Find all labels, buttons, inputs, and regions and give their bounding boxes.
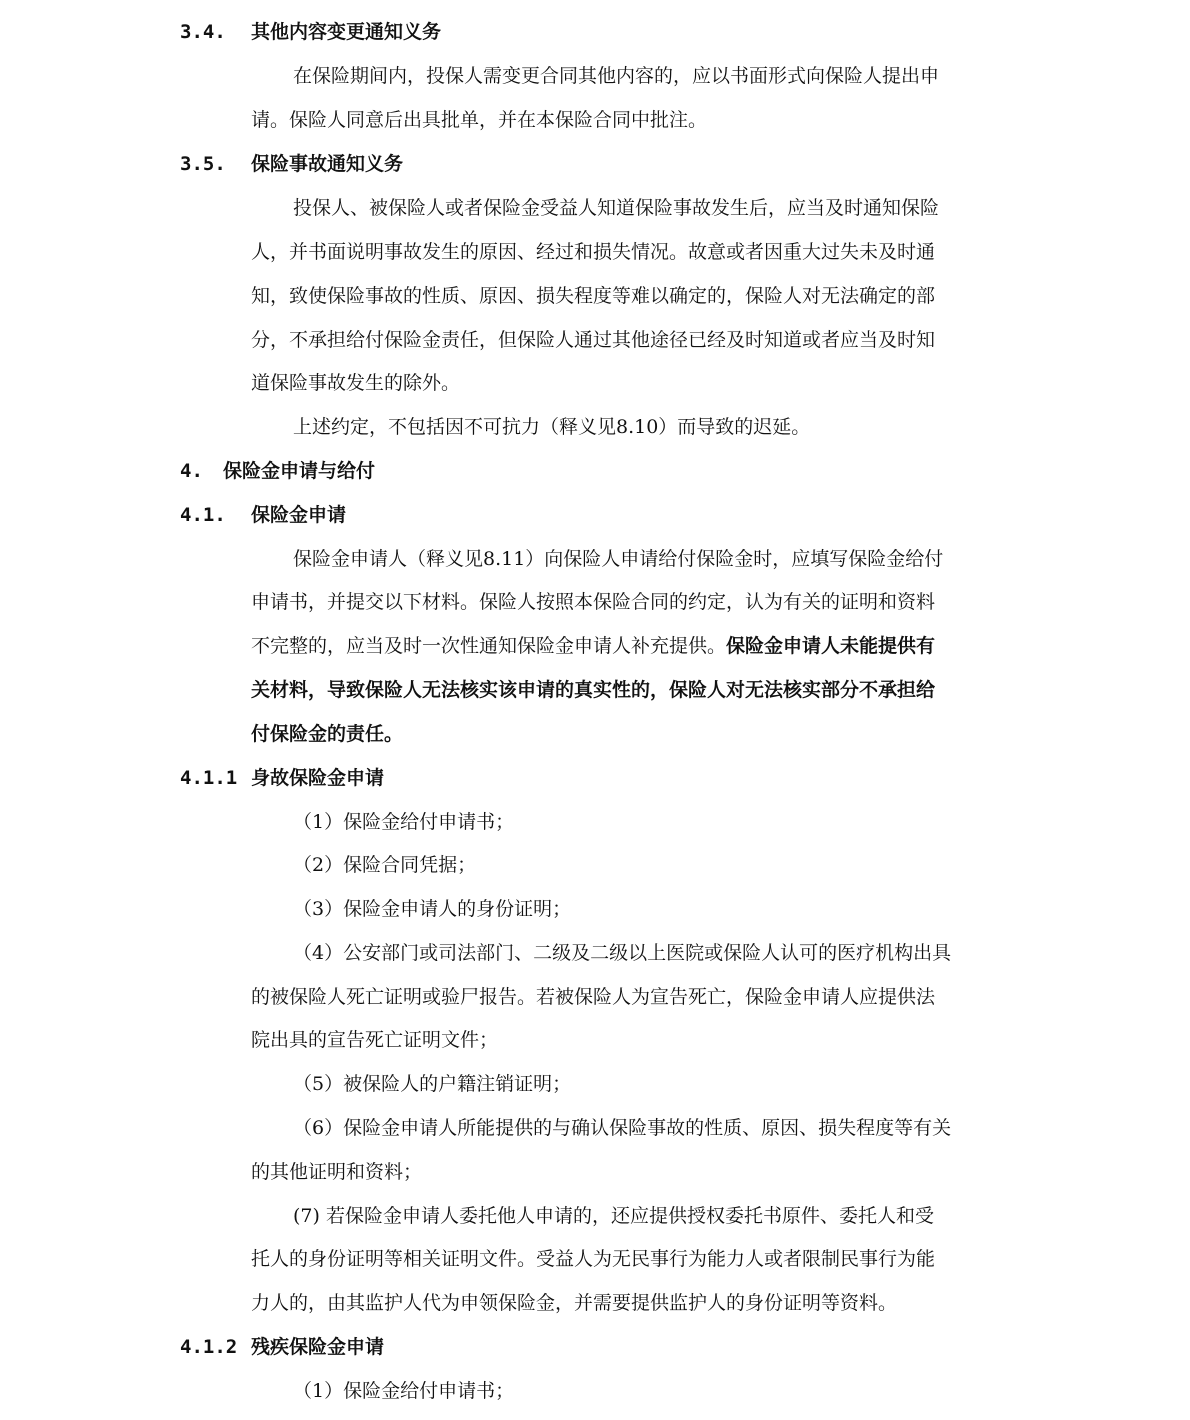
paragraph-line: 申请书，并提交以下材料。保险人按照本保险合同的约定，认为有关的证明和资料 [251, 590, 935, 614]
section-number: 3.4. [180, 20, 226, 44]
list-item: （2）保险合同凭据； [293, 853, 476, 877]
list-item-cont: 的被保险人死亡证明或验尸报告。若被保险人为宣告死亡，保险金申请人应提供法 [251, 985, 935, 1009]
bold-clause: 付保险金的责任。 [251, 722, 403, 746]
paragraph-line: 不完整的，应当及时一次性通知保险金申请人补充提供。保险金申请人未能提供有 [251, 634, 935, 658]
chapter-number: 4. [180, 459, 203, 483]
section-title: 保险事故通知义务 [251, 152, 403, 176]
list-item-cont: 的其他证明和资料； [251, 1160, 422, 1184]
paragraph-line: 人，并书面说明事故发生的原因、经过和损失情况。故意或者因重大过失未及时通 [251, 240, 935, 264]
subsection-title: 身故保险金申请 [251, 766, 384, 790]
list-item-cont: 院出具的宣告死亡证明文件； [251, 1028, 498, 1052]
paragraph-line: 请。保险人同意后出具批单，并在本保险合同中批注。 [251, 108, 707, 132]
subsection-number: 4.1.2 [180, 1335, 237, 1359]
section-title: 保险金申请 [251, 503, 346, 527]
chapter-title: 保险金申请与给付 [223, 459, 375, 483]
subsection-title: 残疾保险金申请 [251, 1335, 384, 1359]
section-title: 其他内容变更通知义务 [251, 20, 441, 44]
paragraph-line: 知，致使保险事故的性质、原因、损失程度等难以确定的，保险人对无法确定的部 [251, 284, 935, 308]
paragraph-line: 投保人、被保险人或者保险金受益人知道保险事故发生后，应当及时通知保险 [293, 196, 939, 220]
paragraph-line: 道保险事故发生的除外。 [251, 371, 460, 395]
paragraph-line: 在保险期间内，投保人需变更合同其他内容的，应以书面形式向保险人提出申 [293, 64, 939, 88]
paragraph-line: 分，不承担给付保险金责任，但保险人通过其他途径已经及时知道或者应当及时知 [251, 328, 935, 352]
list-item: (7) 若保险金申请人委托他人申请的，还应提供授权委托书原件、委托人和受 [293, 1204, 934, 1228]
paragraph-line: 上述约定，不包括因不可抗力（释义见8.10）而导致的迟延。 [293, 415, 810, 439]
list-item-cont: 托人的身份证明等相关证明文件。受益人为无民事行为能力人或者限制民事行为能 [251, 1247, 935, 1271]
list-item-cont: 力人的，由其监护人代为申领保险金，并需要提供监护人的身份证明等资料。 [251, 1291, 897, 1315]
bold-clause: 关材料，导致保险人无法核实该申请的真实性的，保险人对无法核实部分不承担给 [251, 678, 935, 702]
section-number: 4.1. [180, 503, 226, 527]
paragraph-text: 不完整的，应当及时一次性通知保险金申请人补充提供。 [251, 635, 726, 657]
section-number: 3.5. [180, 152, 226, 176]
list-item: （1）保险金给付申请书； [293, 810, 514, 834]
subsection-number: 4.1.1 [180, 766, 237, 790]
list-item: （3）保险金申请人的身份证明； [293, 897, 571, 921]
list-item: （4）公安部门或司法部门、二级及二级以上医院或保险人认可的医疗机构出具 [293, 941, 951, 965]
list-item: （5）被保险人的户籍注销证明； [293, 1072, 571, 1096]
list-item: （6）保险金申请人所能提供的与确认保险事故的性质、原因、损失程度等有关 [293, 1116, 951, 1140]
paragraph-line: 保险金申请人（释义见8.11）向保险人申请给付保险金时，应填写保险金给付 [293, 547, 943, 571]
bold-clause: 保险金申请人未能提供有 [726, 635, 935, 657]
list-item: （1）保险金给付申请书； [293, 1379, 514, 1403]
